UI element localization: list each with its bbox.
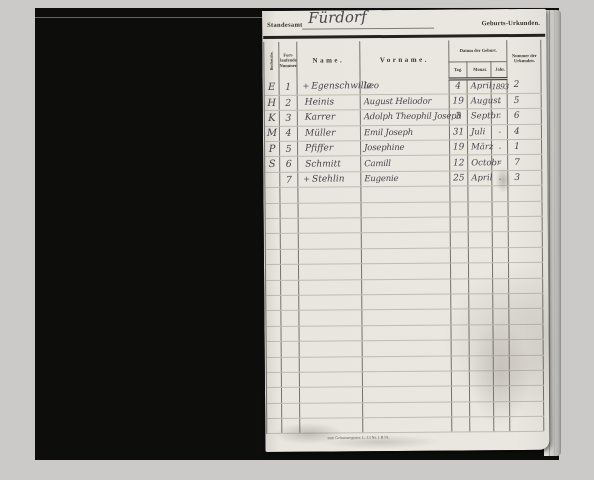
cell-letter	[265, 234, 280, 250]
cell-year: 1893	[491, 78, 507, 94]
cell-month	[470, 417, 494, 433]
cell-letter	[266, 372, 281, 388]
register-table: Buchstabe. Fort- laufende Nummer. Name. …	[263, 39, 544, 434]
cell-letter: M	[264, 126, 279, 142]
cell-letter	[265, 188, 280, 204]
cell-running-number	[281, 326, 299, 342]
standesamt-label: Standesamt	[267, 22, 303, 29]
cell-year	[493, 386, 509, 402]
cell-letter	[266, 311, 281, 327]
cell-day	[450, 202, 468, 218]
book-cover-edge	[35, 17, 263, 18]
cell-letter	[267, 403, 282, 419]
cell-vorname	[362, 386, 451, 402]
cell-year	[493, 370, 509, 386]
cell-letter	[266, 326, 281, 342]
cell-record-number: 5	[507, 93, 541, 109]
cell-year	[492, 186, 508, 202]
cell-day	[452, 417, 470, 433]
cell-running-number: 5	[280, 141, 298, 157]
cell-name	[298, 202, 361, 218]
col-header-vorname: Vorname.	[360, 40, 449, 79]
cell-year	[493, 278, 509, 294]
cell-day	[450, 186, 468, 202]
cell-day	[451, 294, 469, 310]
cell-name	[298, 187, 361, 203]
page-header: Standesamt Fürdorf Geburts-Urkunden.	[262, 9, 546, 36]
cell-record-number	[509, 386, 543, 402]
cell-name	[298, 249, 361, 265]
cell-vorname	[363, 402, 452, 418]
cell-day	[450, 263, 468, 279]
cross-mark: +	[303, 82, 310, 91]
cell-month	[468, 217, 492, 233]
cell-letter	[267, 418, 282, 434]
cell-month: Septbr	[467, 109, 491, 125]
cell-month	[470, 401, 494, 417]
cell-name	[299, 387, 362, 403]
cell-name: Heinis	[297, 95, 360, 111]
cell-year: -	[492, 140, 508, 156]
cell-running-number: 6	[280, 157, 298, 173]
surname-text: Heinis	[305, 98, 334, 108]
cell-name: +Egenschwille	[297, 79, 360, 95]
cell-vorname	[362, 340, 451, 356]
cell-day	[451, 278, 469, 294]
cell-vorname	[362, 325, 451, 341]
cell-name	[298, 218, 361, 234]
surname-text: Stehlin	[312, 174, 345, 184]
cell-running-number	[280, 187, 298, 203]
cell-record-number: 4	[507, 124, 541, 140]
cell-record-number: 6	[507, 109, 541, 125]
cell-record-number: 7	[508, 155, 542, 171]
cell-vorname: Leo	[360, 79, 449, 95]
cell-running-number	[280, 234, 298, 250]
cell-vorname	[361, 232, 450, 248]
cell-letter	[265, 265, 280, 281]
cell-day	[452, 402, 470, 418]
cell-day: 12	[450, 155, 468, 171]
cell-letter: S	[265, 157, 280, 173]
cell-record-number	[509, 370, 543, 386]
cell-name	[299, 279, 362, 295]
cell-month: Octobr	[468, 155, 492, 171]
table-row	[267, 416, 544, 434]
cell-day	[451, 355, 469, 371]
cell-vorname: Adolph Theophil Joseph	[360, 109, 449, 125]
cell-name: Schmitt	[298, 156, 361, 172]
cell-running-number	[281, 295, 299, 311]
cell-record-number	[508, 186, 542, 202]
col-header-name: Name.	[297, 41, 360, 80]
cell-day	[450, 248, 468, 264]
cell-record-number	[510, 401, 544, 417]
cell-running-number	[281, 280, 299, 296]
cell-vorname	[361, 263, 450, 279]
cell-year	[493, 355, 509, 371]
cell-month	[469, 294, 493, 310]
cell-month	[469, 324, 493, 340]
cell-day: 19	[450, 140, 468, 156]
cell-name	[299, 356, 362, 372]
cell-running-number	[281, 388, 299, 404]
cell-record-number: 2	[507, 78, 541, 94]
cell-name	[298, 264, 361, 280]
col-header-running-number: Fort- laufende Nummer.	[279, 41, 297, 80]
cell-running-number	[280, 249, 298, 265]
cell-running-number	[280, 218, 298, 234]
cell-letter	[265, 249, 280, 265]
cell-running-number: 4	[279, 126, 297, 142]
cell-record-number	[508, 232, 542, 248]
cell-day	[451, 325, 469, 341]
cell-month	[469, 355, 493, 371]
cross-mark: +	[303, 175, 310, 184]
cell-month	[468, 263, 492, 279]
cell-running-number: 1	[279, 80, 297, 96]
cell-letter	[266, 342, 281, 358]
cell-record-number	[509, 339, 543, 355]
cell-record-number	[509, 278, 543, 294]
cell-year	[493, 294, 509, 310]
cell-name	[298, 233, 361, 249]
cell-day: 25	[450, 171, 468, 187]
cell-vorname: Camill	[361, 155, 450, 171]
surname-text: Müller	[305, 128, 335, 138]
cell-running-number	[281, 357, 299, 373]
cell-name: Pfiffer	[298, 141, 361, 157]
cell-month	[469, 386, 493, 402]
cell-vorname: Emil Joseph	[360, 125, 449, 141]
cell-name: +Stehlin	[298, 172, 361, 188]
cell-running-number: 7	[280, 172, 298, 188]
cell-day	[450, 232, 468, 248]
cell-year	[493, 340, 509, 356]
cell-name	[299, 295, 362, 311]
cell-month	[468, 186, 492, 202]
cell-year	[493, 324, 509, 340]
cell-day	[451, 386, 469, 402]
cell-year: -	[492, 170, 508, 186]
cell-vorname	[363, 417, 452, 433]
cell-letter: H	[264, 95, 279, 111]
cell-year	[492, 247, 508, 263]
surname-text: Pfiffer	[305, 144, 333, 154]
col-header-month: Monat.	[467, 61, 491, 78]
cell-name	[299, 325, 362, 341]
cell-running-number	[281, 372, 299, 388]
register-table-header: Buchstabe. Fort- laufende Nummer. Name. …	[264, 39, 541, 80]
cell-year	[492, 232, 508, 248]
col-header-letter: Buchstabe.	[264, 41, 279, 80]
cell-record-number	[508, 247, 542, 263]
cell-letter	[265, 203, 280, 219]
cell-year	[493, 309, 509, 325]
cell-letter	[266, 388, 281, 404]
cell-day	[451, 371, 469, 387]
cell-running-number	[281, 341, 299, 357]
cell-letter	[265, 172, 280, 188]
cell-vorname	[362, 279, 451, 295]
cell-letter: E	[264, 80, 279, 96]
cell-record-number	[509, 309, 543, 325]
standesamt-name-handwritten: Fürdorf	[308, 8, 367, 27]
cell-month: März	[468, 140, 492, 156]
cell-month	[469, 309, 493, 325]
cell-month	[469, 278, 493, 294]
cell-year	[494, 401, 510, 417]
cell-letter	[265, 218, 280, 234]
cell-day	[451, 309, 469, 325]
cell-running-number	[282, 403, 300, 419]
cell-month: April	[468, 171, 492, 187]
cell-name: Müller	[297, 125, 360, 141]
cell-year	[494, 417, 510, 433]
cell-letter	[266, 295, 281, 311]
cell-vorname	[362, 356, 451, 372]
cell-day: 19	[449, 94, 467, 110]
printer-imprint: zum Geburtsregister. L. 13 Nr. 1 R 91.	[327, 435, 435, 440]
cell-letter: P	[265, 141, 280, 157]
col-header-record-number: Nummer der Urkunden.	[507, 39, 541, 78]
cell-name: Karrer	[297, 110, 360, 126]
register-page: Standesamt Fürdorf Geburts-Urkunden. Buc…	[262, 9, 549, 452]
cell-name	[300, 402, 363, 418]
cell-month: August	[467, 94, 491, 110]
col-header-year: Jahr.	[491, 61, 507, 78]
cell-record-number	[508, 216, 542, 232]
register-table-body: E 1 +Egenschwille Leo 4 April 1893 2 H 2…	[264, 78, 544, 434]
cell-month: April	[467, 78, 491, 94]
cell-year: -	[491, 124, 507, 140]
cell-record-number	[509, 355, 543, 371]
cell-record-number	[508, 201, 542, 217]
cell-day: 4	[449, 78, 467, 94]
cell-letter: K	[264, 111, 279, 127]
col-header-birth-date: Datum der Geburt.	[449, 40, 507, 62]
cell-vorname: Eugenie	[361, 171, 450, 187]
cell-record-number	[510, 416, 544, 432]
cell-name	[299, 372, 362, 388]
cell-vorname	[361, 186, 450, 202]
cell-running-number	[280, 203, 298, 219]
cell-year	[492, 201, 508, 217]
cell-running-number	[280, 264, 298, 280]
cell-month: Juli	[467, 124, 491, 140]
cell-running-number: 2	[279, 95, 297, 111]
register-type-label: Geburts-Urkunden.	[482, 20, 541, 27]
cell-day	[450, 217, 468, 233]
cell-vorname: August Heliodor	[360, 94, 449, 110]
cell-vorname	[362, 371, 451, 387]
cell-running-number	[282, 418, 300, 434]
cell-name	[299, 310, 362, 326]
cell-letter	[266, 280, 281, 296]
cell-running-number: 3	[279, 111, 297, 127]
col-header-day: Tag.	[449, 61, 467, 78]
cell-vorname	[362, 294, 451, 310]
cell-vorname	[361, 202, 450, 218]
cell-name	[300, 418, 363, 434]
cell-vorname	[361, 217, 450, 233]
cell-vorname	[362, 309, 451, 325]
cell-day: 31	[449, 125, 467, 141]
office-name-underline	[302, 28, 434, 30]
cell-vorname: Josephine	[361, 140, 450, 156]
cell-record-number: 1	[508, 139, 542, 155]
cell-name	[299, 341, 362, 357]
cell-letter	[266, 357, 281, 373]
cell-record-number	[509, 262, 543, 278]
cell-vorname	[361, 248, 450, 264]
cell-month	[469, 340, 493, 356]
cell-record-number	[509, 293, 543, 309]
cell-running-number	[281, 311, 299, 327]
cell-month	[469, 371, 493, 387]
scan-canvas: Standesamt Fürdorf Geburts-Urkunden. Buc…	[0, 0, 594, 480]
cell-month	[468, 201, 492, 217]
surname-text: Karrer	[305, 113, 335, 123]
cell-day	[451, 340, 469, 356]
cell-year	[492, 217, 508, 233]
cell-record-number: 3	[508, 170, 542, 186]
cell-month	[468, 232, 492, 248]
cell-month	[468, 247, 492, 263]
cell-year	[492, 263, 508, 279]
surname-text: Schmitt	[305, 159, 341, 169]
cell-record-number	[509, 324, 543, 340]
